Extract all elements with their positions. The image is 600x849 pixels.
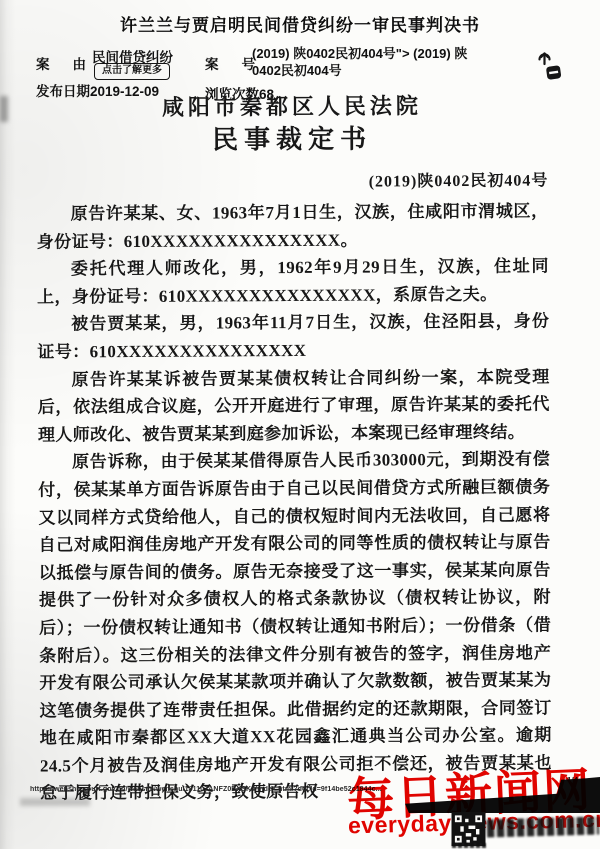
document-body: 原告许某某、女、1963年7月1日生，汉族，住咸阳市渭城区，身份证号：610XX… [36, 197, 552, 807]
scan-artifact [20, 798, 90, 806]
document-case-number: (2019)陕0402民初404号 [36, 170, 548, 195]
case-number-label: 案号 [205, 53, 255, 73]
document-paragraph: 被告贾某某，男，1963年11月7日生，汉族，住泾阳县，身份证号：610XXXX… [37, 308, 549, 366]
document-paragraph: 原告诉称，由于侯某某借得原告人民币303000元，到期没有偿付，侯某某单方面告诉… [38, 446, 552, 808]
document-type-title: 民事裁定书 [36, 120, 548, 159]
ink-smudge-artifact [487, 817, 599, 838]
case-number-value: (2019) 陕0402民初404号"> (2019) 陕0402民初404号 [252, 45, 490, 79]
header-action-icons [534, 50, 574, 94]
qr-code [451, 812, 486, 846]
page-title: 许兰兰与贾启明民间借贷纠纷一审民事判决书 [0, 11, 600, 36]
scan-artifact [0, 96, 8, 122]
ink-smudge-artifact [452, 843, 486, 848]
learn-more-button[interactable]: 点击了解更多 [94, 63, 170, 80]
document-paragraph: 原告许某某诉被告贾某某债权转让合同纠纷一案，本院受理后，依法组成合议庭，公开开庭… [37, 363, 549, 449]
document-scan: 咸阳市秦都区人民法院 民事裁定书 (2019)陕0402民初404号 原告许某某… [36, 90, 552, 807]
scanned-judgment-page: 许兰兰与贾启明民间借贷纠纷一审民事判决书 案由 民间借贷纠纷 点击了解更多 发布… [0, 0, 600, 849]
document-paragraph: 原告许某某、女、1963年7月1日生，汉族，住咸阳市渭城区，身份证号：610XX… [36, 197, 548, 255]
print-icon[interactable] [545, 64, 564, 86]
court-name: 咸阳市秦都区人民法院 [36, 90, 548, 123]
document-paragraph: 委托代理人师改化，男，1962年9月29日生，汉族，住址同上，身份证号：610X… [37, 253, 549, 311]
cause-label: 案由 [36, 53, 86, 73]
